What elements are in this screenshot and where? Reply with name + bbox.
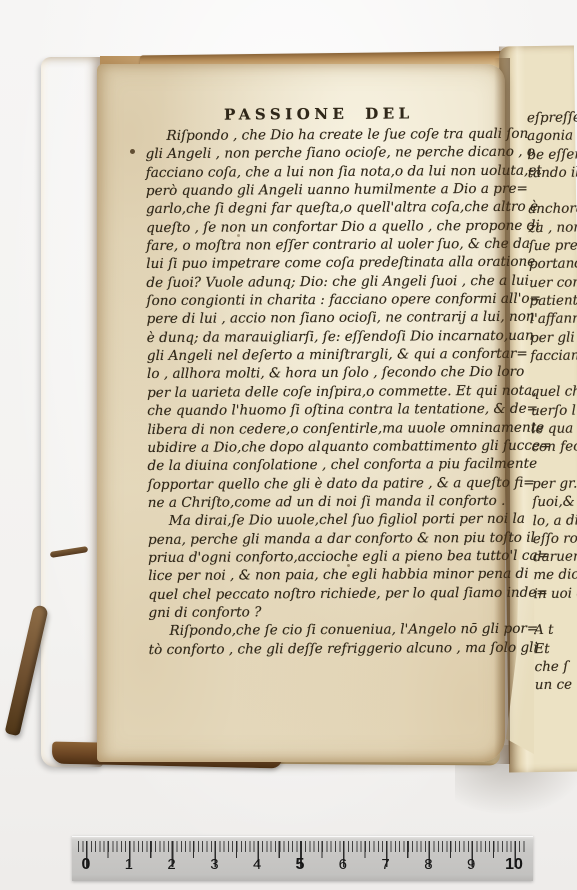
ruler-numbers: 012345678910 xyxy=(75,856,525,874)
body-line: ſono congionti in charita : facciano ope… xyxy=(146,290,493,310)
fragment-line: un ce xyxy=(535,677,577,696)
fragment-line: me dice xyxy=(533,567,577,586)
ruler-number: 9 xyxy=(460,856,482,874)
ruler-number: 10 xyxy=(503,856,525,874)
fragment-line: l'affann xyxy=(530,311,577,330)
fragment-line xyxy=(532,457,577,476)
fragment-line xyxy=(530,366,577,385)
ruler-number: 4 xyxy=(246,856,268,874)
body-line: lui ſi puo impetrare come coſa predeſtin… xyxy=(146,253,493,273)
ruler: 012345678910 xyxy=(72,836,533,881)
body-line: garlo,che ſi degni far queſta,o quell'al… xyxy=(146,198,493,218)
ruler-number: 7 xyxy=(375,856,397,874)
body-line: è dunq; da marauigliarſi, ſe: eſſendoſi … xyxy=(147,327,494,347)
body-line: per la uarieta delle coſe inſpira,o comm… xyxy=(147,382,494,402)
body-line: tò conforto , che gli deſſe refriggerio … xyxy=(149,639,496,659)
fragment-line: per gli xyxy=(530,329,577,348)
fragment-line: ſuoi,& xyxy=(532,494,577,513)
body-line: pena, perche gli manda a dar conforto & … xyxy=(148,528,495,548)
body-line: de la diuina conſolatione , chel confort… xyxy=(147,455,494,475)
fragment-line: Et xyxy=(534,640,577,659)
fragment-line: agonia d xyxy=(527,128,577,147)
body-line: gli Angeli , non perche ſiano ocioſe, ne… xyxy=(146,143,493,163)
fragment-line: per gr. xyxy=(532,475,577,494)
ruler-number: 2 xyxy=(161,856,183,874)
body-line: fare, o moſtra non eſſer contrario al uo… xyxy=(146,235,493,255)
fragment-line: che ſ xyxy=(534,658,577,677)
body-text: Riſpondo , che Dio ha create le ſue coſe… xyxy=(145,125,495,659)
ruler-number: 5 xyxy=(289,856,311,874)
body-line: de ſuoi? Vuole adunq; Dio: che gli Angel… xyxy=(146,272,493,292)
body-line: lice per noi , & non paia, che egli habb… xyxy=(148,565,495,585)
body-line: Riſpondo,che ſe cio ſi conueniua, l'Ange… xyxy=(148,620,495,640)
body-line: priua d'ogni conforto,accioche egli a pi… xyxy=(148,547,495,567)
gutter-fold-shadow xyxy=(494,58,510,764)
ruler-number: 1 xyxy=(118,856,140,874)
running-header: PASSIONE DEL xyxy=(145,103,492,125)
body-line: queſto , ſe non un confortar Dio a quell… xyxy=(146,217,493,237)
body-line: gli Angeli nel deſerto a miniſtrargli, &… xyxy=(147,345,494,365)
body-line: quel chel peccato noſtro richiede, per l… xyxy=(148,584,495,604)
body-line: pere di lui , accio non ſiano ocioſi, ne… xyxy=(147,308,494,328)
body-line: ſopportar quello che gli è dato da patir… xyxy=(148,473,495,493)
fragment-line: eſſo ron xyxy=(533,530,577,549)
body-line: facciano coſa, che a lui non ſia nota,o … xyxy=(146,162,493,182)
fragment-line: eſpreſſe xyxy=(527,109,577,128)
ruler-number: 8 xyxy=(417,856,439,874)
parchment-cover-edge xyxy=(41,57,103,767)
fragment-line: ſue preg xyxy=(529,237,577,256)
body-line: Ma dirai,ſe Dio uuole,chel ſuo figliol p… xyxy=(148,510,495,530)
fragment-line: lo, a dir xyxy=(532,512,577,531)
body-line: ubidire a Dio,che dopo alquanto combatti… xyxy=(147,437,494,457)
book-page: PASSIONE DEL Riſpondo , che Dio ha creat… xyxy=(97,64,505,762)
body-line: però quando gli Angeli uanno humilmente … xyxy=(146,180,493,200)
text-block: PASSIONE DEL Riſpondo , che Dio ha creat… xyxy=(145,103,495,659)
ruler-number: 0 xyxy=(75,856,97,874)
body-line: ne a Chriſto,come ad un di noi ſi manda … xyxy=(148,492,495,512)
ruler-number: 6 xyxy=(332,856,354,874)
photo-of-open-book: eſpreſſeagonia dbe eſſeretando il S anch… xyxy=(0,0,577,890)
ruler-number: 3 xyxy=(203,856,225,874)
fragment-line: faccian xyxy=(530,347,577,366)
fragment-line: A t xyxy=(534,622,577,641)
body-line: libera di non cedere,o conſentirle,ma uu… xyxy=(147,418,494,438)
body-line: Riſpondo , che Dio ha create le ſue coſe… xyxy=(145,125,492,145)
fragment-line: portand xyxy=(529,256,577,275)
body-line: che quando l'huomo ſi oſtina contra la t… xyxy=(147,400,494,420)
body-line: lo , allhora molti, & hora un ſolo , ſec… xyxy=(147,363,494,383)
fragment-line xyxy=(534,603,577,622)
body-line: gni di conforto ? xyxy=(148,602,495,622)
foxing-spot xyxy=(130,149,135,154)
